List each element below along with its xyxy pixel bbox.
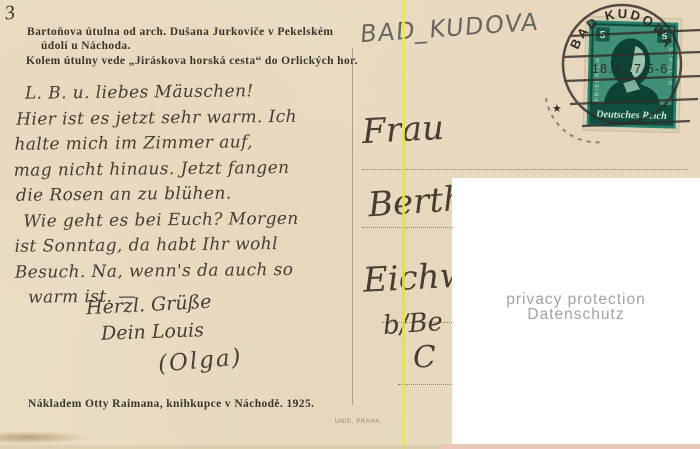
address-line: C: [412, 339, 437, 375]
fold-scratch-line: [402, 0, 405, 449]
caption-line-2: údolí u Náchoda.: [41, 40, 131, 52]
postmark-date: 18.5.27.5-6: [592, 62, 668, 76]
address-line: b/Be: [382, 307, 444, 341]
pencil-annotation: BAD_KUDOVA: [359, 8, 540, 49]
message-line: mag nicht hinaus. Jetzt fangen: [14, 155, 359, 184]
postcard-scan: 3 Bartoňova útulna od arch. Dušana Jurko…: [0, 0, 700, 449]
message-line: ist Sonntag, da habt Ihr wohl: [14, 231, 359, 260]
center-divider-line: [352, 48, 353, 405]
privacy-text: privacy protection Datenschutz: [452, 178, 700, 322]
paper-tear-mark: [0, 431, 90, 444]
message-line: halte mich im Zimmer auf,: [14, 129, 358, 158]
postmark: BAD KUDOWA 18.5.27.5-6 ★: [540, 0, 700, 150]
postmark-star-icon: ★: [552, 103, 562, 115]
message-line: Wie geht es bei Euch? Morgen: [23, 206, 359, 235]
handwritten-message: L. B. u. liebes Mäuschen! Hier ist es je…: [13, 78, 360, 311]
scan-edge-artifact: [0, 445, 440, 449]
message-line: Hier ist es jetzt sehr warm. Ich: [16, 104, 358, 133]
printer-imprint: UNIE, PRAHA.: [335, 419, 382, 425]
scan-edge-artifact: [440, 444, 700, 449]
message-line: die Rosen an zu blühen.: [16, 180, 359, 209]
address-ruled-line: [362, 169, 688, 170]
message-line: L. B. u. liebes Mäuschen!: [25, 78, 358, 107]
caption-line-1: Bartoňova útulna od arch. Dušana Jurkovi…: [27, 26, 333, 38]
caption-line-3: Kolem útulny vede „Jiráskova horská cest…: [26, 55, 358, 67]
privacy-line-2: Datenschutz: [452, 307, 700, 322]
publisher-imprint: Nákladem Otty Raimana, knihkupce v Nácho…: [28, 398, 314, 410]
message-signature: Dein Louis: [101, 319, 205, 345]
message-signature-note: (Olga): [157, 344, 244, 377]
privacy-overlay: privacy protection Datenschutz: [452, 178, 700, 444]
message-line: Besuch. Na, wenn's da auch so: [15, 257, 360, 286]
privacy-line-1: privacy protection: [452, 292, 700, 307]
corner-number: 3: [3, 1, 16, 25]
postmark-town: BAD KUDOWA: [567, 6, 677, 51]
